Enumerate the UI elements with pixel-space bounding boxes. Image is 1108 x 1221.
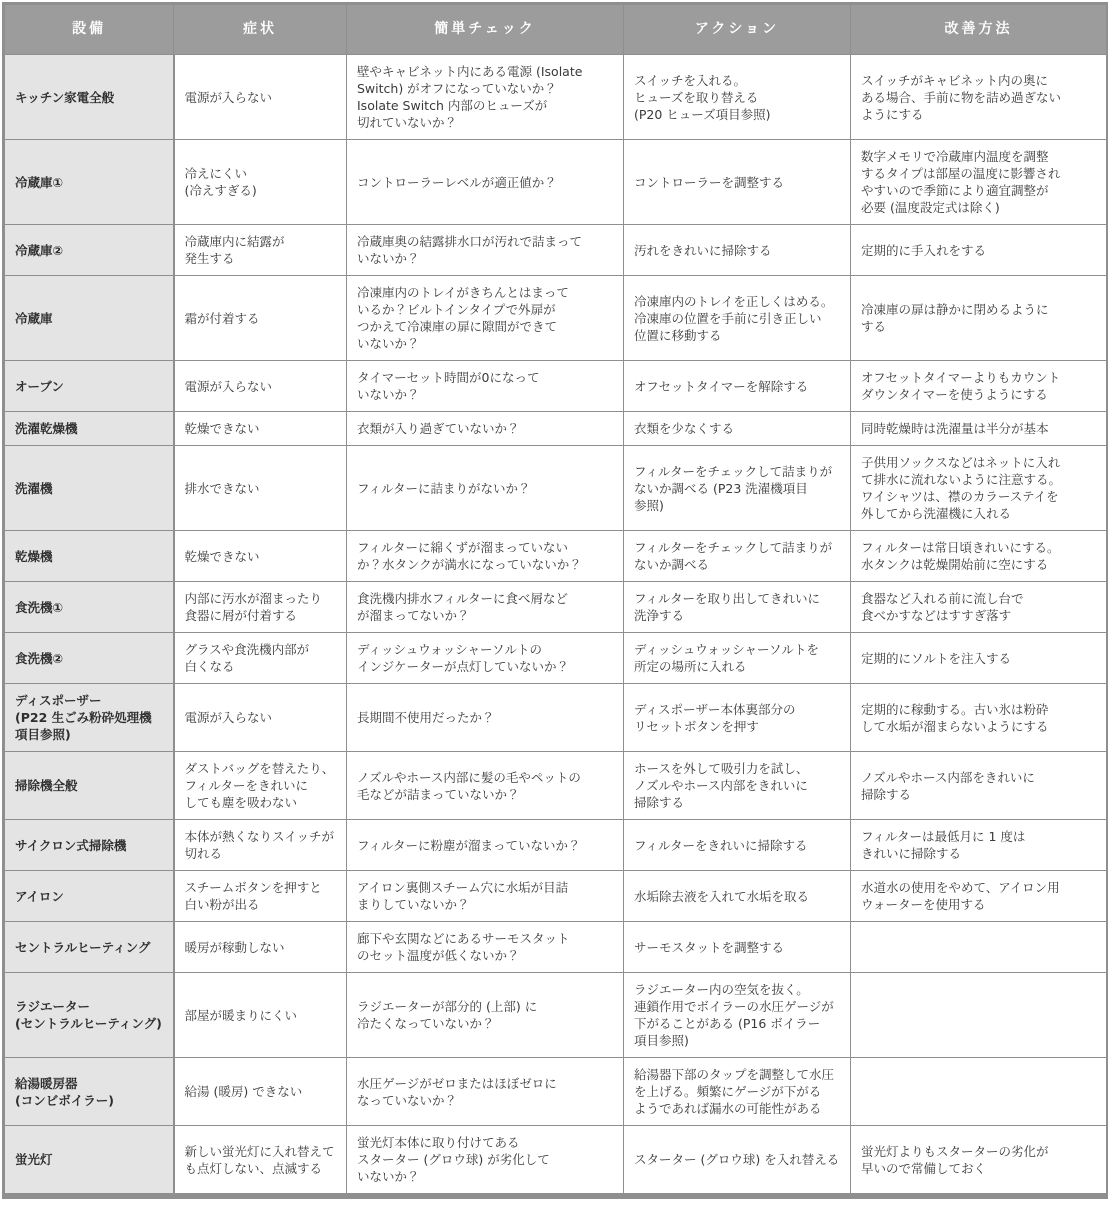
action-cell: ディスポーザー本体裏部分の リセットボタンを押す bbox=[624, 684, 851, 752]
action-cell: ラジエーター内の空気を抜く。 連鎖作用でボイラーの水圧ゲージが 下がることがある… bbox=[624, 973, 851, 1058]
equipment-cell: 乾燥機 bbox=[4, 531, 174, 582]
symptom-cell: 電源が入らない bbox=[174, 55, 347, 140]
check-cell: 廊下や玄関などにあるサーモスタット のセット温度が低くないか？ bbox=[347, 922, 624, 973]
table-row: アイロンスチームボタンを押すと 白い粉が出るアイロン裏側スチーム穴に水垢が目詰 … bbox=[4, 871, 1108, 922]
header-symptom: 症状 bbox=[174, 4, 347, 55]
check-cell: コントローラーレベルが適正値か？ bbox=[347, 140, 624, 225]
check-cell: ノズルやホース内部に髪の毛やペットの 毛などが詰まっていないか？ bbox=[347, 752, 624, 820]
table-row: ラジエーター (セントラルヒーティング)部屋が暖まりにくいラジエーターが部分的 … bbox=[4, 973, 1108, 1058]
symptom-cell: 乾燥できない bbox=[174, 412, 347, 446]
check-cell: 蛍光灯本体に取り付けてある スターター (グロウ球) が劣化して いないか？ bbox=[347, 1126, 624, 1197]
check-cell: ラジエーターが部分的 (上部) に 冷たくなっていないか？ bbox=[347, 973, 624, 1058]
equipment-cell: アイロン bbox=[4, 871, 174, 922]
improvement-cell: フィルターは最低月に 1 度は きれいに掃除する bbox=[851, 820, 1108, 871]
equipment-cell: 冷蔵庫② bbox=[4, 225, 174, 276]
table-row: セントラルヒーティング暖房が稼動しない廊下や玄関などにあるサーモスタット のセッ… bbox=[4, 922, 1108, 973]
table-row: ディスポーザー (P22 生ごみ粉砕処理機 項目参照)電源が入らない長期間不使用… bbox=[4, 684, 1108, 752]
action-cell: スターター (グロウ球) を入れ替える bbox=[624, 1126, 851, 1197]
table-row: 冷蔵庫霜が付着する冷凍庫内のトレイがきちんとはまって いるか？ビルトインタイプで… bbox=[4, 276, 1108, 361]
equipment-cell: セントラルヒーティング bbox=[4, 922, 174, 973]
check-cell: ディッシュウォッシャーソルトの インジケーターが点灯していないか？ bbox=[347, 633, 624, 684]
improvement-cell: 蛍光灯よりもスターターの劣化が 早いので常備しておく bbox=[851, 1126, 1108, 1197]
table-row: 食洗機②グラスや食洗機内部が 白くなるディッシュウォッシャーソルトの インジケー… bbox=[4, 633, 1108, 684]
appliance-troubleshooting-table: 設備 症状 簡単チェック アクション 改善方法 キッチン家電全般電源が入らない壁… bbox=[2, 2, 1108, 1199]
equipment-cell: サイクロン式掃除機 bbox=[4, 820, 174, 871]
header-row: 設備 症状 簡単チェック アクション 改善方法 bbox=[4, 4, 1108, 55]
equipment-cell: 洗濯乾燥機 bbox=[4, 412, 174, 446]
symptom-cell: 内部に汚水が溜まったり 食器に屑が付着する bbox=[174, 582, 347, 633]
action-cell: 汚れをきれいに掃除する bbox=[624, 225, 851, 276]
equipment-cell: 給湯暖房器 (コンビボイラー) bbox=[4, 1058, 174, 1126]
symptom-cell: 排水できない bbox=[174, 446, 347, 531]
improvement-cell: 定期的に稼動する。古い氷は粉砕 して水垢が溜まらないようにする bbox=[851, 684, 1108, 752]
symptom-cell: 霜が付着する bbox=[174, 276, 347, 361]
symptom-cell: 乾燥できない bbox=[174, 531, 347, 582]
symptom-cell: 本体が熱くなりスイッチが 切れる bbox=[174, 820, 347, 871]
equipment-cell: 洗濯機 bbox=[4, 446, 174, 531]
action-cell: 水垢除去液を入れて水垢を取る bbox=[624, 871, 851, 922]
action-cell: ディッシュウォッシャーソルトを 所定の場所に入れる bbox=[624, 633, 851, 684]
check-cell: 冷蔵庫奥の結露排水口が汚れで詰まって いないか？ bbox=[347, 225, 624, 276]
improvement-cell: 子供用ソックスなどはネットに入れ て排水に流れないように注意する。 ワイシャツは… bbox=[851, 446, 1108, 531]
header-action: アクション bbox=[624, 4, 851, 55]
improvement-cell: ノズルやホース内部をきれいに 掃除する bbox=[851, 752, 1108, 820]
check-cell: タイマーセット時間が0になって いないか？ bbox=[347, 361, 624, 412]
improvement-cell: 冷凍庫の扉は静かに閉めるように する bbox=[851, 276, 1108, 361]
check-cell: フィルターに詰まりがないか？ bbox=[347, 446, 624, 531]
improvement-cell bbox=[851, 922, 1108, 973]
improvement-cell bbox=[851, 973, 1108, 1058]
equipment-cell: キッチン家電全般 bbox=[4, 55, 174, 140]
check-cell: アイロン裏側スチーム穴に水垢が目詰 まりしていないか？ bbox=[347, 871, 624, 922]
table-row: サイクロン式掃除機本体が熱くなりスイッチが 切れるフィルターに粉塵が溜まっていな… bbox=[4, 820, 1108, 871]
table-row: 食洗機①内部に汚水が溜まったり 食器に屑が付着する食洗機内排水フィルターに食べ屑… bbox=[4, 582, 1108, 633]
equipment-cell: 食洗機① bbox=[4, 582, 174, 633]
equipment-cell: 冷蔵庫 bbox=[4, 276, 174, 361]
header-improvement: 改善方法 bbox=[851, 4, 1108, 55]
table-row: 乾燥機乾燥できないフィルターに綿くずが溜まっていない か？水タンクが満水になって… bbox=[4, 531, 1108, 582]
action-cell: フィルターを取り出してきれいに 洗浄する bbox=[624, 582, 851, 633]
equipment-cell: ディスポーザー (P22 生ごみ粉砕処理機 項目参照) bbox=[4, 684, 174, 752]
equipment-cell: オーブン bbox=[4, 361, 174, 412]
table-row: 給湯暖房器 (コンビボイラー)給湯 (暖房) できない水圧ゲージがゼロまたはほぼ… bbox=[4, 1058, 1108, 1126]
table-body: キッチン家電全般電源が入らない壁やキャビネット内にある電源 (Isolate S… bbox=[4, 55, 1108, 1197]
table-row: 洗濯機排水できないフィルターに詰まりがないか？フィルターをチェックして詰まりが … bbox=[4, 446, 1108, 531]
table-row: 蛍光灯新しい蛍光灯に入れ替えて も点灯しない、点滅する蛍光灯本体に取り付けてある… bbox=[4, 1126, 1108, 1197]
symptom-cell: グラスや食洗機内部が 白くなる bbox=[174, 633, 347, 684]
equipment-cell: 食洗機② bbox=[4, 633, 174, 684]
action-cell: スイッチを入れる。 ヒューズを取り替える (P20 ヒューズ項目参照) bbox=[624, 55, 851, 140]
improvement-cell: オフセットタイマーよりもカウント ダウンタイマーを使うようにする bbox=[851, 361, 1108, 412]
symptom-cell: 暖房が稼動しない bbox=[174, 922, 347, 973]
action-cell: フィルターをきれいに掃除する bbox=[624, 820, 851, 871]
check-cell: フィルターに綿くずが溜まっていない か？水タンクが満水になっていないか？ bbox=[347, 531, 624, 582]
table-row: 冷蔵庫①冷えにくい (冷えすぎる)コントローラーレベルが適正値か？コントローラー… bbox=[4, 140, 1108, 225]
symptom-cell: 電源が入らない bbox=[174, 684, 347, 752]
check-cell: 衣類が入り過ぎていないか？ bbox=[347, 412, 624, 446]
check-cell: 食洗機内排水フィルターに食べ屑など が溜まってないか？ bbox=[347, 582, 624, 633]
header-equipment: 設備 bbox=[4, 4, 174, 55]
improvement-cell: 水道水の使用をやめて、アイロン用 ウォーターを使用する bbox=[851, 871, 1108, 922]
improvement-cell: 同時乾燥時は洗濯量は半分が基本 bbox=[851, 412, 1108, 446]
equipment-cell: 掃除機全般 bbox=[4, 752, 174, 820]
action-cell: ホースを外して吸引力を試し、 ノズルやホース内部をきれいに 掃除する bbox=[624, 752, 851, 820]
improvement-cell: 数字メモリで冷蔵庫内温度を調整 するタイプは部屋の温度に影響され やすいので季節… bbox=[851, 140, 1108, 225]
symptom-cell: 部屋が暖まりにくい bbox=[174, 973, 347, 1058]
table-row: 掃除機全般ダストバッグを替えたり、 フィルターをきれいに しても塵を吸わないノズ… bbox=[4, 752, 1108, 820]
symptom-cell: 給湯 (暖房) できない bbox=[174, 1058, 347, 1126]
action-cell: オフセットタイマーを解除する bbox=[624, 361, 851, 412]
equipment-cell: ラジエーター (セントラルヒーティング) bbox=[4, 973, 174, 1058]
improvement-cell bbox=[851, 1058, 1108, 1126]
improvement-cell: 食器など入れる前に流し台で 食べかすなどはすすぎ落す bbox=[851, 582, 1108, 633]
symptom-cell: 新しい蛍光灯に入れ替えて も点灯しない、点滅する bbox=[174, 1126, 347, 1197]
header-check: 簡単チェック bbox=[347, 4, 624, 55]
action-cell: 衣類を少なくする bbox=[624, 412, 851, 446]
symptom-cell: スチームボタンを押すと 白い粉が出る bbox=[174, 871, 347, 922]
symptom-cell: 冷蔵庫内に結露が 発生する bbox=[174, 225, 347, 276]
equipment-cell: 冷蔵庫① bbox=[4, 140, 174, 225]
improvement-cell: 定期的にソルトを注入する bbox=[851, 633, 1108, 684]
action-cell: コントローラーを調整する bbox=[624, 140, 851, 225]
symptom-cell: 冷えにくい (冷えすぎる) bbox=[174, 140, 347, 225]
check-cell: 長期間不使用だったか？ bbox=[347, 684, 624, 752]
table-row: キッチン家電全般電源が入らない壁やキャビネット内にある電源 (Isolate S… bbox=[4, 55, 1108, 140]
improvement-cell: 定期的に手入れをする bbox=[851, 225, 1108, 276]
troubleshooting-guide-page: 設備 症状 簡単チェック アクション 改善方法 キッチン家電全般電源が入らない壁… bbox=[0, 0, 1108, 1201]
action-cell: 冷凍庫内のトレイを正しくはめる。 冷凍庫の位置を手前に引き正しい 位置に移動する bbox=[624, 276, 851, 361]
improvement-cell: スイッチがキャビネット内の奥に ある場合、手前に物を詰め過ぎない ようにする bbox=[851, 55, 1108, 140]
check-cell: 水圧ゲージがゼロまたはほぼゼロに なっていないか？ bbox=[347, 1058, 624, 1126]
action-cell: 給湯器下部のタップを調整して水圧 を上げる。頻繁にゲージが下がる ようであれば漏… bbox=[624, 1058, 851, 1126]
equipment-cell: 蛍光灯 bbox=[4, 1126, 174, 1197]
check-cell: フィルターに粉塵が溜まっていないか？ bbox=[347, 820, 624, 871]
action-cell: サーモスタットを調整する bbox=[624, 922, 851, 973]
symptom-cell: 電源が入らない bbox=[174, 361, 347, 412]
table-header: 設備 症状 簡単チェック アクション 改善方法 bbox=[4, 4, 1108, 55]
check-cell: 冷凍庫内のトレイがきちんとはまって いるか？ビルトインタイプで外扉が つかえて冷… bbox=[347, 276, 624, 361]
action-cell: フィルターをチェックして詰まりが ないか調べる bbox=[624, 531, 851, 582]
check-cell: 壁やキャビネット内にある電源 (Isolate Switch) がオフになってい… bbox=[347, 55, 624, 140]
improvement-cell: フィルターは常日頃きれいにする。 水タンクは乾燥開始前に空にする bbox=[851, 531, 1108, 582]
symptom-cell: ダストバッグを替えたり、 フィルターをきれいに しても塵を吸わない bbox=[174, 752, 347, 820]
action-cell: フィルターをチェックして詰まりが ないか調べる (P23 洗濯機項目 参照) bbox=[624, 446, 851, 531]
table-row: 冷蔵庫②冷蔵庫内に結露が 発生する冷蔵庫奥の結露排水口が汚れで詰まって いないか… bbox=[4, 225, 1108, 276]
table-row: 洗濯乾燥機乾燥できない衣類が入り過ぎていないか？衣類を少なくする同時乾燥時は洗濯… bbox=[4, 412, 1108, 446]
table-row: オーブン電源が入らないタイマーセット時間が0になって いないか？オフセットタイマ… bbox=[4, 361, 1108, 412]
